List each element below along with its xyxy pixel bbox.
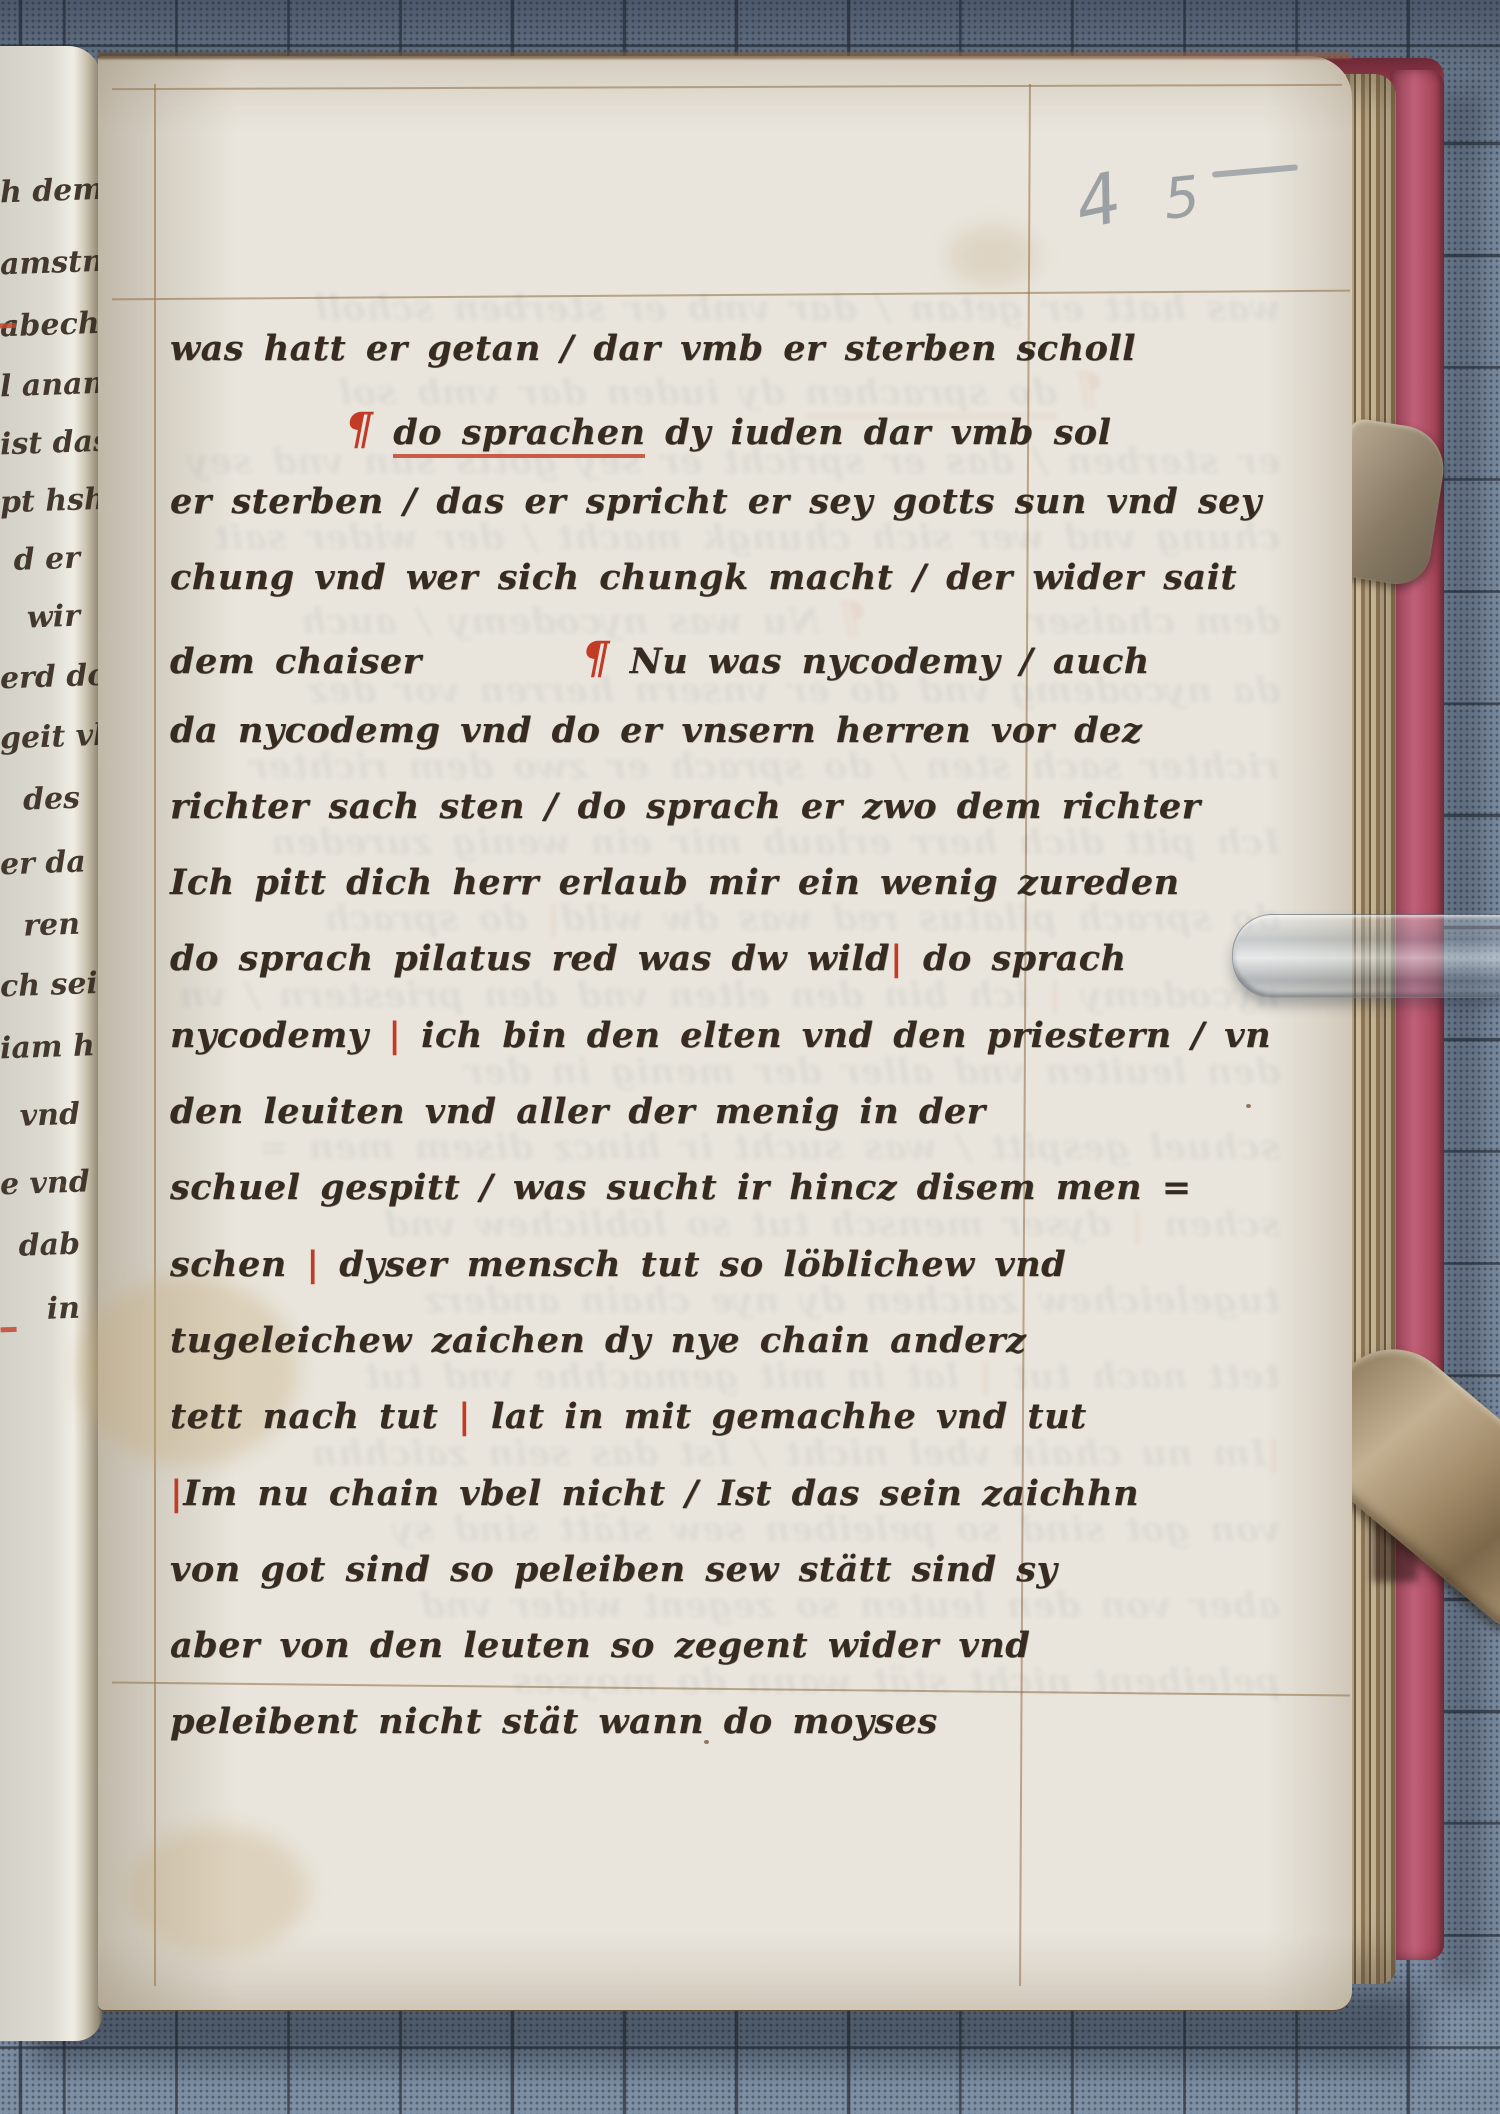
text-segment: dy iuden dar vmb sol: [645, 412, 1111, 453]
text-segment: nycodemy: [170, 1015, 388, 1056]
facing-page-edge: h demaamstndabechl anamist daspt hshd er…: [0, 46, 102, 2041]
margin-text-fragment: amstnd: [0, 245, 81, 283]
manuscript-text-line: schen | dyser mensch tut so löblichew vn…: [170, 1244, 1066, 1302]
margin-text-fragment: iam h: [0, 1029, 81, 1067]
text-segment: richter sach sten / do sprach er zwo dem…: [170, 786, 1201, 827]
manuscript-text-line: nycodemy | ich bin den elten vnd den pri…: [170, 1015, 1271, 1073]
text-segment: Ich pitt dich herr erlaub mir ein wenig …: [170, 862, 1180, 903]
text-segment: aber von den leuten so zegent wider vnd: [170, 1625, 1030, 1666]
manuscript-page: 4 5 was hatt er getan / dar vmb er sterb…: [98, 56, 1352, 2010]
manuscript-text-line: Ich pitt dich herr erlaub mir ein wenig …: [170, 862, 1180, 920]
parchment-speck: [60, 1184, 65, 1188]
margin-text-fragment: ren: [0, 907, 81, 945]
text-segment: peleibent nicht stät wann do moyses: [170, 1701, 938, 1742]
fragment-text: in: [46, 1291, 80, 1327]
acrylic-page-holder: [1232, 914, 1500, 998]
book-cover-right-edge: [1390, 70, 1444, 1960]
margin-text-fragment: geit vb: [0, 719, 81, 757]
margin-text-fragment: d er: [0, 541, 81, 579]
fragment-text: d er: [13, 541, 81, 578]
manuscript-text-line: tett nach tut | lat in mit gemachhe vnd …: [170, 1396, 1087, 1454]
text-segment: do sprach pilatus red was dw wild: [170, 938, 890, 979]
rubric-mark: |: [458, 1396, 471, 1437]
margin-text-fragment: ist das: [0, 425, 81, 463]
text-segment: ich bin den elten vnd den priestern / vn: [401, 1015, 1271, 1056]
text-segment: da nycodemg vnd do er vnsern herren vor …: [170, 710, 1142, 751]
manuscript-text-line: den leuiten vnd aller der menig in der: [170, 1091, 986, 1149]
manuscript-text-line: aber von den leuten so zegent wider vnd: [170, 1625, 1030, 1683]
text-segment: er sterben / das er spricht er sey gotts…: [170, 481, 1262, 522]
book-shadow-right: [1438, 90, 1486, 1990]
rubric-mark: |: [890, 938, 903, 979]
fragment-text: dab: [18, 1227, 81, 1264]
margin-text-fragment: pt hsh: [0, 483, 81, 521]
fragment-text: erd do: [0, 658, 108, 697]
fragment-text: pt hsh: [0, 482, 106, 521]
margin-text-fragment: erd do: [0, 659, 81, 697]
manuscript-text-line: chung vnd wer sich chungk macht / der wi…: [170, 557, 1237, 615]
margin-text-fragment: dab: [0, 1227, 81, 1265]
text-segment: schuel gespitt / was sucht ir hincz dise…: [170, 1167, 1192, 1208]
margin-text-fragment: er da: [0, 845, 81, 883]
fragment-text: ren: [23, 907, 81, 944]
rubric-mark: ¶: [582, 633, 611, 684]
fragment-text: ist das: [0, 424, 110, 463]
fragment-text: wir: [26, 599, 80, 636]
rubric-mark: |: [170, 1473, 183, 1514]
text-segment: do sprach: [903, 938, 1126, 979]
manuscript-text-line: richter sach sten / do sprach er zwo dem…: [170, 786, 1201, 844]
text-segment: do sprachen: [393, 412, 645, 458]
text-block: was hatt er getan / dar vmb er sterben s…: [98, 56, 1352, 2010]
manuscript-text-line: do sprach pilatus red was dw wild| do sp…: [170, 938, 1127, 996]
manuscript-text-line: er sterben / das er spricht er sey gotts…: [170, 481, 1262, 539]
manuscript-text-line: dem chaiser¶ Nu was nycodemy / auch: [170, 633, 1150, 691]
margin-text-fragment: e vnd: [0, 1165, 81, 1203]
fragment-text: des: [22, 781, 80, 818]
margin-text-fragment: des: [0, 781, 81, 819]
margin-text-fragment: l anam: [0, 367, 81, 405]
margin-text-fragment: wir: [0, 599, 81, 637]
manuscript-text-line: schuel gespitt / was sucht ir hincz dise…: [170, 1167, 1192, 1225]
fragment-text: vnd: [19, 1097, 80, 1134]
rubric-mark: |: [388, 1015, 401, 1056]
fragment-text: ch sei: [0, 966, 98, 1004]
manuscript-text-line: ¶ do sprachen dy iuden dar vmb sol: [170, 404, 1111, 462]
manuscript-text-line: peleibent nicht stät wann do moyses: [170, 1701, 938, 1759]
manuscript-text-line: |Im nu chain vbel nicht / Ist das sein z…: [170, 1473, 1139, 1531]
text-segment: schen: [170, 1244, 306, 1285]
text-segment: [374, 412, 394, 453]
fragment-text: iam h: [0, 1028, 95, 1066]
manuscript-text-line: tugeleichew zaichen dy nye chain anderz: [170, 1320, 1026, 1378]
fragment-text: er da: [0, 844, 86, 882]
text-segment: Im nu chain vbel nicht / Ist das sein za…: [183, 1473, 1139, 1514]
rubric-dash-mark: [0, 323, 16, 329]
text-segment: den leuiten vnd aller der menig in der: [170, 1091, 986, 1132]
margin-text-fragment: h dema: [0, 173, 81, 211]
rubric-mark: ¶: [345, 404, 374, 455]
text-segment: Nu was nycodemy / auch: [610, 641, 1150, 682]
manuscript-text-line: von got sind so peleiben sew stätt sind …: [170, 1549, 1057, 1607]
margin-text-fragment: vnd: [0, 1097, 81, 1135]
text-segment: dem chaiser: [170, 641, 422, 682]
text-segment: dyser mensch tut so löblichew vnd: [320, 1244, 1067, 1285]
text-segment: lat in mit gemachhe vnd tut: [471, 1396, 1086, 1437]
margin-text-fragment: abech: [0, 307, 81, 345]
text-segment: tett nach tut: [170, 1396, 458, 1437]
rubric-dash-mark: [1, 1327, 17, 1333]
text-segment: tugeleichew zaichen dy nye chain anderz: [170, 1320, 1026, 1361]
margin-text-fragment: ch sei: [0, 967, 81, 1005]
text-segment: was hatt er getan / dar vmb er sterben s…: [170, 328, 1136, 369]
fragment-text: e vnd: [0, 1164, 90, 1202]
manuscript-text-line: was hatt er getan / dar vmb er sterben s…: [170, 328, 1136, 386]
text-segment: von got sind so peleiben sew stätt sind …: [170, 1549, 1057, 1590]
text-segment: chung vnd wer sich chungk macht / der wi…: [170, 557, 1237, 598]
manuscript-photo-scene: h demaamstndabechl anamist daspt hshd er…: [0, 0, 1500, 2114]
margin-text-fragment: in: [0, 1291, 81, 1329]
manuscript-text-line: da nycodemg vnd do er vnsern herren vor …: [170, 710, 1142, 768]
rubric-mark: |: [306, 1244, 319, 1285]
